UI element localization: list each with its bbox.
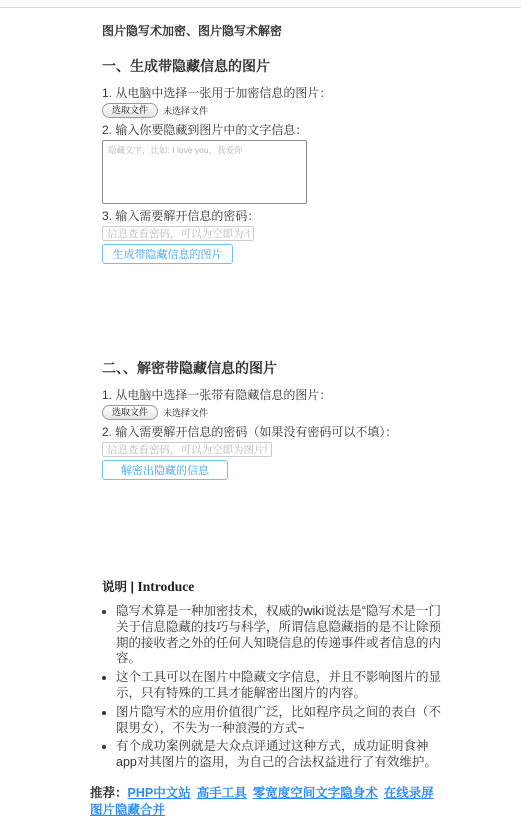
encrypt-step1-label: 1. 从电脑中选择一张用于加密信息的图片： <box>102 86 442 101</box>
recommend-row: 推荐：PHP中文站高手工具零宽度空间文字隐身术在线录屏图片隐藏合并 <box>90 785 442 819</box>
encrypt-section-heading: 一、生成带隐藏信息的图片 <box>102 56 442 76</box>
hidden-message-textarea[interactable] <box>102 140 307 204</box>
intro-bullet: 这个工具可以在图片中隐藏文字信息，并且不影响图片的显示，只有特殊的工具才能解密出… <box>116 670 442 702</box>
encrypt-file-input[interactable]: 选取文件 未选择文件 <box>102 103 442 118</box>
file-status-text: 未选择文件 <box>163 406 208 419</box>
recommend-link-screenrecord[interactable]: 在线录屏 <box>384 786 434 800</box>
recommend-link-zerowidth[interactable]: 零宽度空间文字隐身术 <box>253 786 378 800</box>
encrypt-step3-label: 3. 输入需要解开信息的密码： <box>102 209 442 224</box>
recommend-label: 推荐： <box>90 786 128 800</box>
intro-heading-en: Introduce <box>137 579 194 594</box>
encrypt-step2-label: 2. 输入你要隐藏到图片中的文字信息： <box>102 123 442 138</box>
main-content: 图片隐写术加密、图片隐写术解密 一、生成带隐藏信息的图片 1. 从电脑中选择一张… <box>102 8 442 819</box>
decrypt-section-heading: 二、、解密带隐藏信息的图片 <box>102 358 442 378</box>
decrypt-step1-label: 1. 从电脑中选择一张带有隐藏信息的图片： <box>102 388 442 403</box>
intro-heading-zh: 说明 <box>102 580 127 594</box>
intro-bullet: 图片隐写术的应用价值很广泛，比如程序员之间的表白（不限男女），不失为一种浪漫的方… <box>116 705 442 737</box>
choose-file-button[interactable]: 选取文件 <box>102 103 158 118</box>
recommend-link-gaoshou[interactable]: 高手工具 <box>197 786 247 800</box>
intro-bullet: 隐写术算是一种加密技术，权威的wiki说法是“隐写术是一门关于信息隐藏的技巧与科… <box>116 604 442 667</box>
decrypt-file-input[interactable]: 选取文件 未选择文件 <box>102 405 442 420</box>
choose-file-button[interactable]: 选取文件 <box>102 405 158 420</box>
recommend-link-php[interactable]: PHP中文站 <box>128 786 191 800</box>
page-title: 图片隐写术加密、图片隐写术解密 <box>102 8 442 39</box>
intro-heading-separator: | <box>127 580 137 594</box>
intro-bullet-list: 隐写术算是一种加密技术，权威的wiki说法是“隐写术是一门关于信息隐藏的技巧与科… <box>102 604 442 771</box>
intro-heading: 说明 | Introduce <box>102 577 442 595</box>
decrypt-step2-label: 2. 输入需要解开信息的密码（如果没有密码可以不填）： <box>102 425 442 440</box>
file-status-text: 未选择文件 <box>163 104 208 117</box>
intro-bullet: 有个成功案例就是大众点评通过这种方式，成功证明食神app对其图片的盗用，为自己的… <box>116 739 442 771</box>
decrypt-password-input[interactable] <box>102 442 272 457</box>
decrypt-message-button[interactable]: 解密出隐藏的信息 <box>102 460 228 480</box>
top-divider <box>0 0 521 8</box>
generate-image-button[interactable]: 生成带隐藏信息的图片 <box>102 244 233 264</box>
encrypt-password-input[interactable] <box>102 226 254 241</box>
recommend-link-imagemerge[interactable]: 图片隐藏合并 <box>90 803 165 817</box>
